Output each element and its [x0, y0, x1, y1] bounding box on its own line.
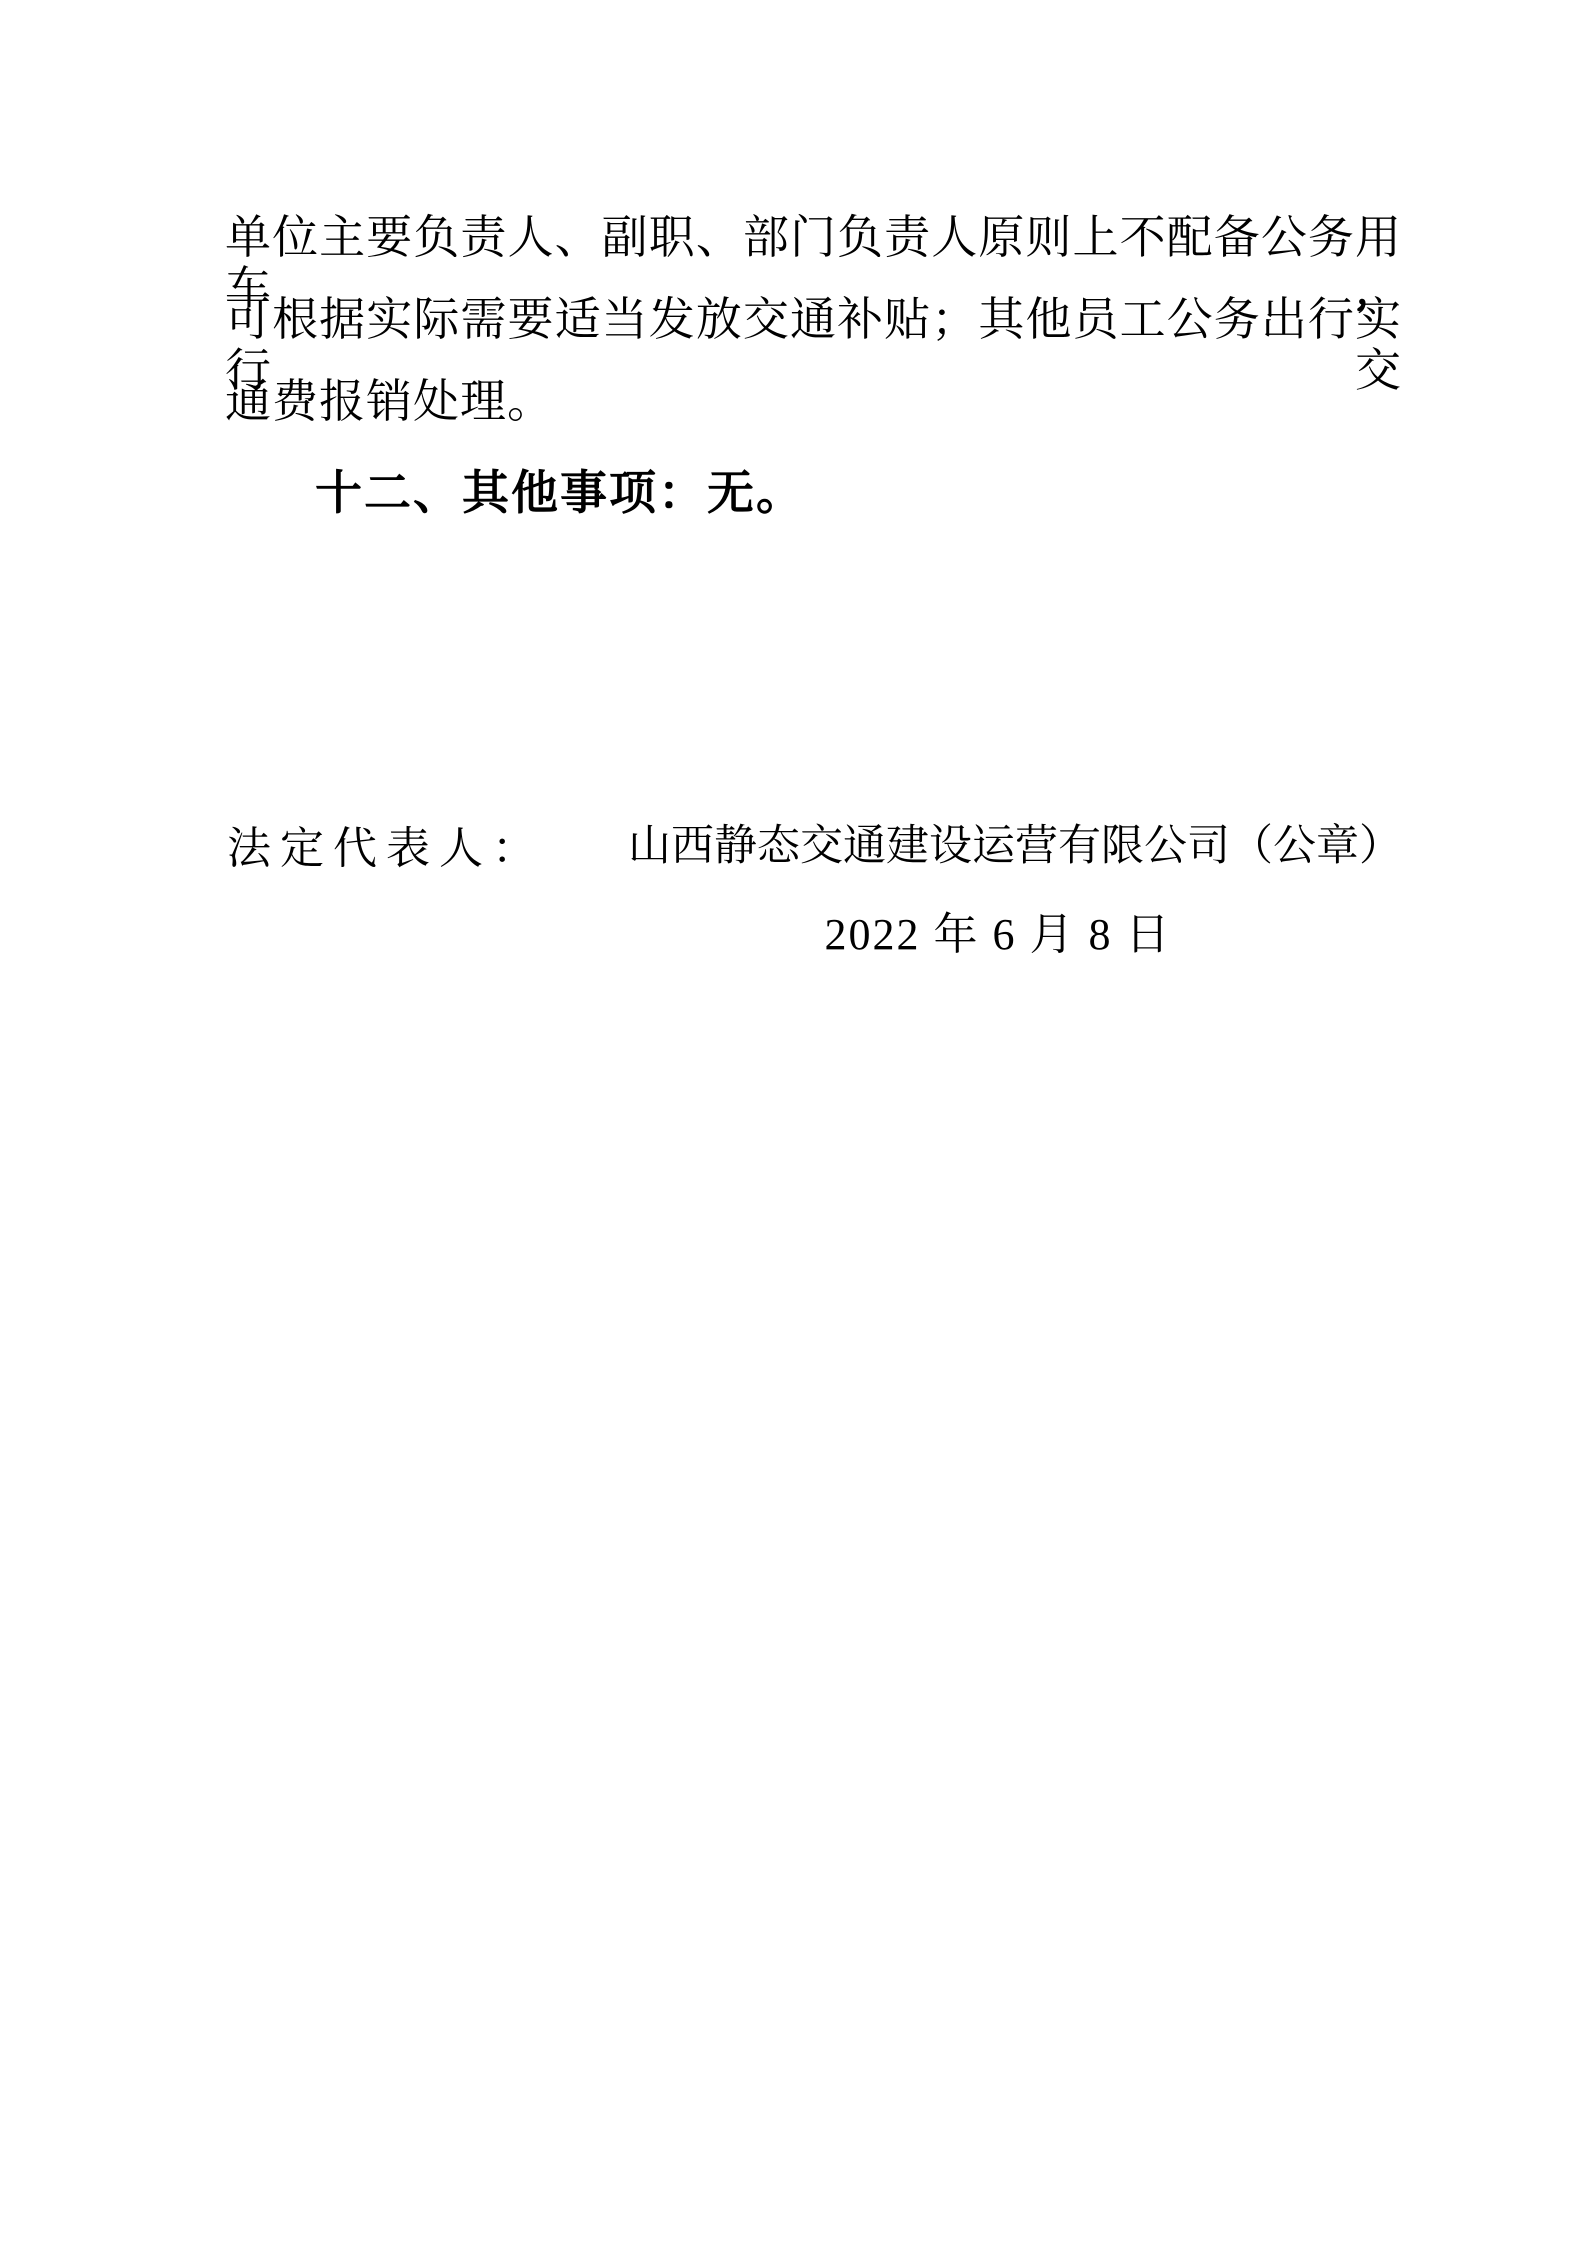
document-page: 单位主要负责人、副职、部门负责人原则上不配备公务用车， 可根据实际需要适当发放交… — [0, 0, 1587, 2245]
document-date: 2022 年 6 月 8 日 — [628, 898, 1368, 962]
company-seal-name: 山西静态交通建设运营有限公司（公章） — [628, 812, 1368, 873]
section-heading-other-matters: 十二、其他事项：无。 — [225, 456, 805, 523]
paragraph-line-3: 通费报销处理。 — [225, 377, 1402, 428]
legal-representative-label: 法定代表人： — [227, 812, 545, 876]
